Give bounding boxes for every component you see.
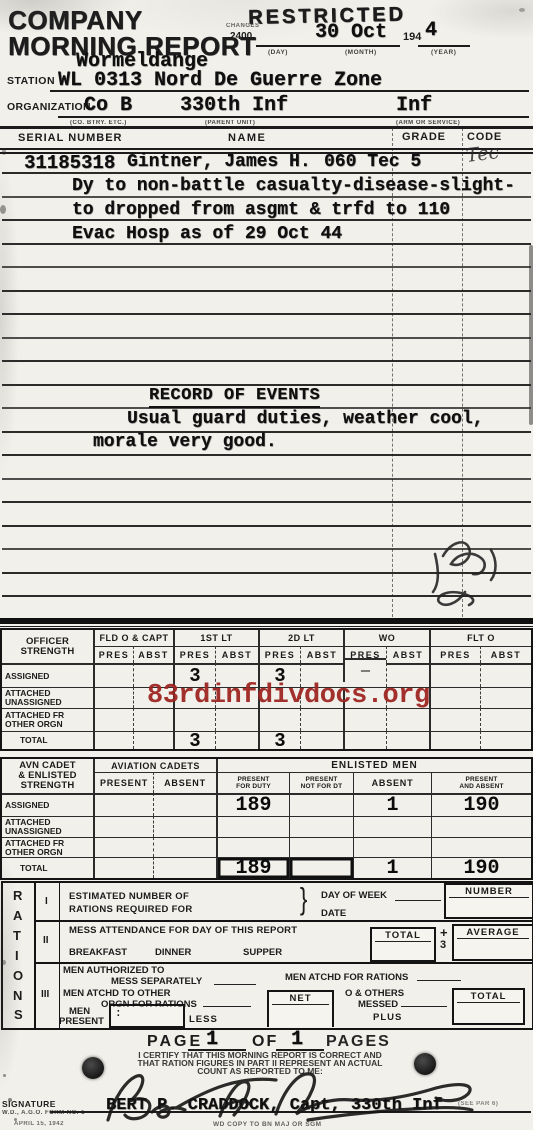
enlisted-row-label: ASSIGNED bbox=[2, 793, 93, 816]
enlisted-table-corner: AVN CADET& ENLISTEDSTRENGTH bbox=[2, 759, 93, 793]
enlisted-value-cell bbox=[289, 793, 353, 816]
page-number: 1 bbox=[206, 1028, 218, 1051]
rations-letter: S bbox=[14, 1007, 23, 1022]
record-of-events-heading: RECORD OF EVENTS bbox=[149, 386, 320, 408]
ruled-line bbox=[2, 196, 531, 198]
others-label1: O & OTHERS bbox=[345, 988, 404, 999]
officer-value-cell bbox=[429, 687, 480, 708]
others-label2: MESSED bbox=[358, 999, 398, 1010]
enlisted-subcol-present-for-duty: PRESENTFOR DUTY bbox=[216, 772, 289, 793]
officer-value-cell bbox=[93, 731, 133, 749]
officer-value-cell bbox=[343, 708, 386, 731]
officer-value-cell: — bbox=[343, 658, 386, 682]
officer-subcol: ABST bbox=[133, 646, 173, 663]
organization-label: ORGANIZATION bbox=[7, 101, 91, 113]
men-atchd-for-rations-label: MEN ATCHD FOR RATIONS bbox=[285, 972, 408, 983]
officer-row-label: ASSIGNED bbox=[2, 663, 93, 687]
ruled-line bbox=[2, 478, 531, 480]
organization-rule bbox=[58, 116, 529, 118]
officer-subcol: ABST bbox=[215, 646, 258, 663]
remark-line1: Dy to non-battle casualty-disease-slight… bbox=[72, 176, 515, 196]
remark-line3: Evac Hosp as of 29 Oct 44 bbox=[72, 224, 342, 244]
officer-row-label: TOTAL bbox=[2, 731, 93, 749]
rations-numeral-3: III bbox=[41, 989, 49, 1000]
form-number: W.D., A.G.O. FORM NO. 1 bbox=[2, 1110, 85, 1116]
org-company-entry: Co B bbox=[84, 94, 132, 117]
officer-value-cell bbox=[386, 708, 429, 731]
officer-subcol: ABST bbox=[386, 646, 429, 663]
station-rule bbox=[50, 90, 529, 92]
serial-entry: 31185318 bbox=[24, 152, 115, 174]
officer-col-2d-lt: 2D LT bbox=[258, 630, 343, 646]
rations-letter-divider bbox=[34, 883, 36, 1028]
events-line1: Usual guard duties, weather cool, bbox=[127, 409, 483, 429]
enlisted-subcol-present: PRESENT bbox=[93, 772, 153, 793]
rations-letter: R bbox=[13, 888, 22, 903]
enlisted-value-cell bbox=[153, 857, 216, 878]
enlisted-subcol-absent: ABSENT bbox=[153, 772, 216, 793]
divide-sign: + bbox=[440, 925, 448, 940]
scan-artifact bbox=[2, 148, 6, 155]
officer-subcol: ABST bbox=[480, 646, 531, 663]
men-present-label2: PRESENT bbox=[59, 1016, 104, 1027]
ruled-line bbox=[2, 243, 531, 245]
org-unit-entry: 330th Inf bbox=[180, 94, 288, 117]
rations-numeral-2: II bbox=[43, 935, 49, 946]
officer-subcol: PRES bbox=[93, 646, 133, 663]
officer-value-cell bbox=[258, 708, 300, 731]
officer-value-cell bbox=[133, 731, 173, 749]
rations-row-divider-2 bbox=[34, 962, 532, 964]
enlisted-value-cell: 190 bbox=[431, 793, 531, 816]
officer-value-cell bbox=[133, 708, 173, 731]
enlisted-strength-table: AVN CADET& ENLISTEDSTRENGTH AVIATION CAD… bbox=[0, 757, 533, 880]
day-of-week-blank bbox=[395, 900, 441, 901]
officer-value-cell bbox=[300, 731, 343, 749]
officer-subcol: PRES bbox=[173, 646, 215, 663]
ruled-line bbox=[2, 454, 531, 456]
total-pages: 1 bbox=[291, 1028, 303, 1051]
enlisted-subcol-present-and-absent: PRESENTAND ABSENT bbox=[431, 772, 531, 793]
rations-estimated-line2: RATIONS REQUIRED FOR bbox=[69, 904, 193, 915]
enlisted-value-cell: 189 bbox=[216, 857, 289, 878]
ruled-line bbox=[2, 501, 531, 503]
officer-value-cell bbox=[480, 708, 531, 731]
enlisted-value-cell bbox=[93, 816, 153, 837]
enlisted-row-label: ATTACHED FROTHER ORGN bbox=[2, 837, 93, 857]
day-caption: (DAY) bbox=[268, 49, 288, 56]
men-present-tick: : bbox=[115, 1008, 122, 1020]
enlisted-value-cell bbox=[93, 857, 153, 878]
enlisted-col-aviation-cadets: AVIATION CADETS bbox=[93, 759, 216, 772]
scan-artifact bbox=[14, 1118, 17, 1121]
less-label: LESS bbox=[189, 1014, 218, 1025]
average-box-label: AVERAGE bbox=[457, 927, 529, 939]
enlisted-value-cell bbox=[216, 816, 289, 837]
officer-value-cell bbox=[173, 708, 215, 731]
net-box-label: NET bbox=[272, 993, 329, 1005]
officer-value-cell bbox=[480, 731, 531, 749]
officer-col-1st-lt: 1ST LT bbox=[173, 630, 258, 646]
officer-col-fldo-capt: FLD O & CAPT bbox=[93, 630, 173, 646]
morning-report-document: COMPANY MORNING REPORT RESTRICTED CHANGE… bbox=[0, 0, 533, 1130]
men-authorized-label2: MESS SEPARATELY bbox=[111, 976, 202, 987]
handwritten-signature bbox=[80, 1058, 500, 1130]
scan-artifact bbox=[2, 960, 6, 965]
col-grade: GRADE bbox=[402, 131, 446, 143]
rations-total-box: TOTAL bbox=[452, 988, 525, 1025]
enlisted-value-cell: 1 bbox=[353, 793, 431, 816]
enlisted-value-cell bbox=[431, 837, 531, 857]
enlisted-value-cell bbox=[289, 837, 353, 857]
officer-value-cell bbox=[93, 708, 133, 731]
enlisted-value-cell bbox=[216, 837, 289, 857]
enlisted-subcol-em-absent: ABSENT bbox=[353, 772, 431, 793]
officer-value-cell bbox=[429, 731, 480, 749]
total-box-label: TOTAL bbox=[375, 930, 431, 942]
officer-value-cell bbox=[429, 708, 480, 731]
enlisted-value-cell: 1 bbox=[353, 857, 431, 878]
rations-numeral-1: I bbox=[45, 896, 48, 907]
men-atchd-other-label1: MEN ATCHD TO OTHER bbox=[63, 988, 171, 999]
supper-label: SUPPER bbox=[243, 947, 282, 958]
grade-entry: 060 Tec 5 bbox=[324, 152, 421, 172]
rations-numeral-divider bbox=[59, 883, 60, 1028]
enlisted-col-enlisted-men: ENLISTED MEN bbox=[216, 759, 531, 772]
officer-value-cell bbox=[300, 708, 343, 731]
handwritten-initials bbox=[405, 530, 525, 620]
rations-total-box-label: TOTAL bbox=[457, 991, 520, 1003]
officer-value-cell bbox=[429, 663, 480, 687]
divisor: 3 bbox=[440, 939, 446, 951]
enlisted-value-cell bbox=[93, 793, 153, 816]
date-rule bbox=[256, 45, 400, 47]
officer-value-cell: 3 bbox=[173, 731, 215, 749]
officer-value-cell bbox=[480, 663, 531, 687]
ruled-line bbox=[2, 313, 531, 315]
ruled-line bbox=[2, 172, 531, 174]
year-caption: (YEAR) bbox=[431, 49, 456, 56]
officer-subcol: ABST bbox=[300, 646, 343, 663]
breakfast-label: BREAKFAST bbox=[69, 947, 127, 958]
changes-value: 2400 bbox=[230, 31, 252, 42]
officer-value-cell bbox=[343, 731, 386, 749]
mess-total-box: TOTAL bbox=[370, 927, 436, 962]
rations-number-box: NUMBER bbox=[444, 883, 533, 919]
net-box: NET bbox=[267, 990, 334, 1027]
mess-attendance-label: MESS ATTENDANCE FOR DAY OF THIS REPORT bbox=[69, 925, 297, 936]
changes-label: CHANGES bbox=[226, 23, 260, 29]
enlisted-value-cell bbox=[153, 816, 216, 837]
scan-artifact bbox=[8, 1098, 12, 1102]
year-entry: 4 bbox=[425, 19, 437, 42]
men-present-box: : bbox=[109, 1004, 185, 1028]
section-divider-rule bbox=[0, 626, 533, 627]
month-caption: (MONTH) bbox=[345, 49, 377, 56]
site-watermark: 83rdinfdivdocs.org bbox=[147, 681, 430, 711]
officer-table-corner: OFFICERSTRENGTH bbox=[2, 630, 93, 663]
enlisted-value-cell bbox=[289, 857, 353, 878]
pages-label: PAGES bbox=[326, 1033, 391, 1051]
scan-artifact bbox=[529, 245, 533, 425]
men-authorized-label1: MEN AUTHORIZED TO bbox=[63, 965, 164, 976]
officer-value-cell bbox=[480, 687, 531, 708]
number-box-label: NUMBER bbox=[449, 886, 529, 898]
officer-row-label: ATTACHED FROTHER ORGN bbox=[2, 708, 93, 731]
enlisted-value-cell bbox=[353, 837, 431, 857]
officer-col-flt-o: FLT O bbox=[429, 630, 531, 646]
enlisted-value-cell bbox=[93, 837, 153, 857]
ruled-line bbox=[2, 337, 531, 339]
orgn-for-rations-blank bbox=[203, 1006, 251, 1007]
year-prefix: 194 bbox=[403, 31, 421, 43]
station-entry: WL 0313 Nord De Guerre Zone bbox=[58, 69, 382, 92]
roster-header-rule1 bbox=[0, 148, 533, 150]
org-arm-entry: Inf bbox=[396, 94, 432, 117]
ruled-line bbox=[2, 290, 531, 292]
rations-letter: I bbox=[15, 948, 19, 963]
rations-letter: O bbox=[13, 968, 23, 983]
officer-value-cell bbox=[215, 731, 258, 749]
rations-estimated-line1: ESTIMATED NUMBER OF bbox=[69, 891, 189, 902]
officer-value-cell: 3 bbox=[258, 731, 300, 749]
remark-line2: to dropped from asgmt & trfd to 110 bbox=[72, 200, 450, 220]
date-entry: 30 Oct bbox=[315, 21, 387, 44]
scan-artifact bbox=[3, 1074, 6, 1077]
scan-artifact bbox=[519, 8, 525, 12]
enlisted-value-cell: 189 bbox=[216, 793, 289, 816]
enlisted-value-cell bbox=[153, 793, 216, 816]
form-date: APRIL 15, 1942 bbox=[14, 1121, 64, 1127]
rations-row-divider-1 bbox=[34, 920, 532, 922]
enlisted-row-label: ATTACHEDUNASSIGNED bbox=[2, 816, 93, 837]
enlisted-value-cell bbox=[153, 837, 216, 857]
ruled-line bbox=[2, 360, 531, 362]
col-serial-number: SERIAL NUMBER bbox=[18, 132, 122, 144]
ruled-line bbox=[2, 525, 531, 527]
others-messed-blank bbox=[401, 1006, 447, 1007]
mess-separately-blank bbox=[214, 984, 256, 985]
atchd-for-rations-blank bbox=[417, 980, 461, 981]
rations-letter: N bbox=[13, 988, 22, 1003]
officer-value-cell bbox=[93, 663, 133, 687]
code-handwritten-mark: Tec bbox=[465, 141, 501, 167]
average-box: AVERAGE bbox=[452, 924, 533, 961]
roster-top-rule bbox=[0, 126, 533, 129]
enlisted-row-label: TOTAL bbox=[2, 857, 93, 878]
col-name: NAME bbox=[228, 132, 266, 144]
rations-brace: } bbox=[300, 881, 307, 916]
station-label: STATION bbox=[7, 75, 55, 87]
officer-subcol: PRES bbox=[429, 646, 480, 663]
rations-date-label: DATE bbox=[321, 908, 346, 919]
rations-letter: T bbox=[13, 928, 21, 943]
enlisted-value-cell: 190 bbox=[431, 857, 531, 878]
ruled-line bbox=[2, 219, 531, 221]
officer-value-cell bbox=[93, 687, 133, 708]
enlisted-value-cell bbox=[289, 816, 353, 837]
of-label: OF bbox=[252, 1033, 278, 1051]
ruled-line bbox=[2, 266, 531, 268]
officer-subcol: PRES bbox=[258, 646, 300, 663]
enlisted-value-cell bbox=[353, 816, 431, 837]
rations-letter: A bbox=[13, 908, 22, 923]
enlisted-subcol-present-not-for-duty: PRESENTNOT FOR DT bbox=[289, 772, 353, 793]
dinner-label: DINNER bbox=[155, 947, 191, 958]
rations-section: R A T I O N S I II III ESTIMATED NUMBER … bbox=[1, 881, 533, 1030]
year-rule bbox=[418, 45, 470, 47]
officer-value-cell bbox=[386, 731, 429, 749]
enlisted-value-cell bbox=[431, 816, 531, 837]
scan-artifact bbox=[0, 205, 6, 214]
officer-value-cell bbox=[215, 708, 258, 731]
officer-row-label: ATTACHEDUNASSIGNED bbox=[2, 687, 93, 708]
name-entry: Gintner, James H. bbox=[127, 152, 311, 172]
officer-col-wo: WO bbox=[343, 630, 429, 646]
plus-label: PLUS bbox=[373, 1012, 402, 1023]
rations-day-of-week-label: DAY OF WEEK bbox=[321, 890, 387, 901]
events-line2: morale very good. bbox=[93, 432, 277, 452]
